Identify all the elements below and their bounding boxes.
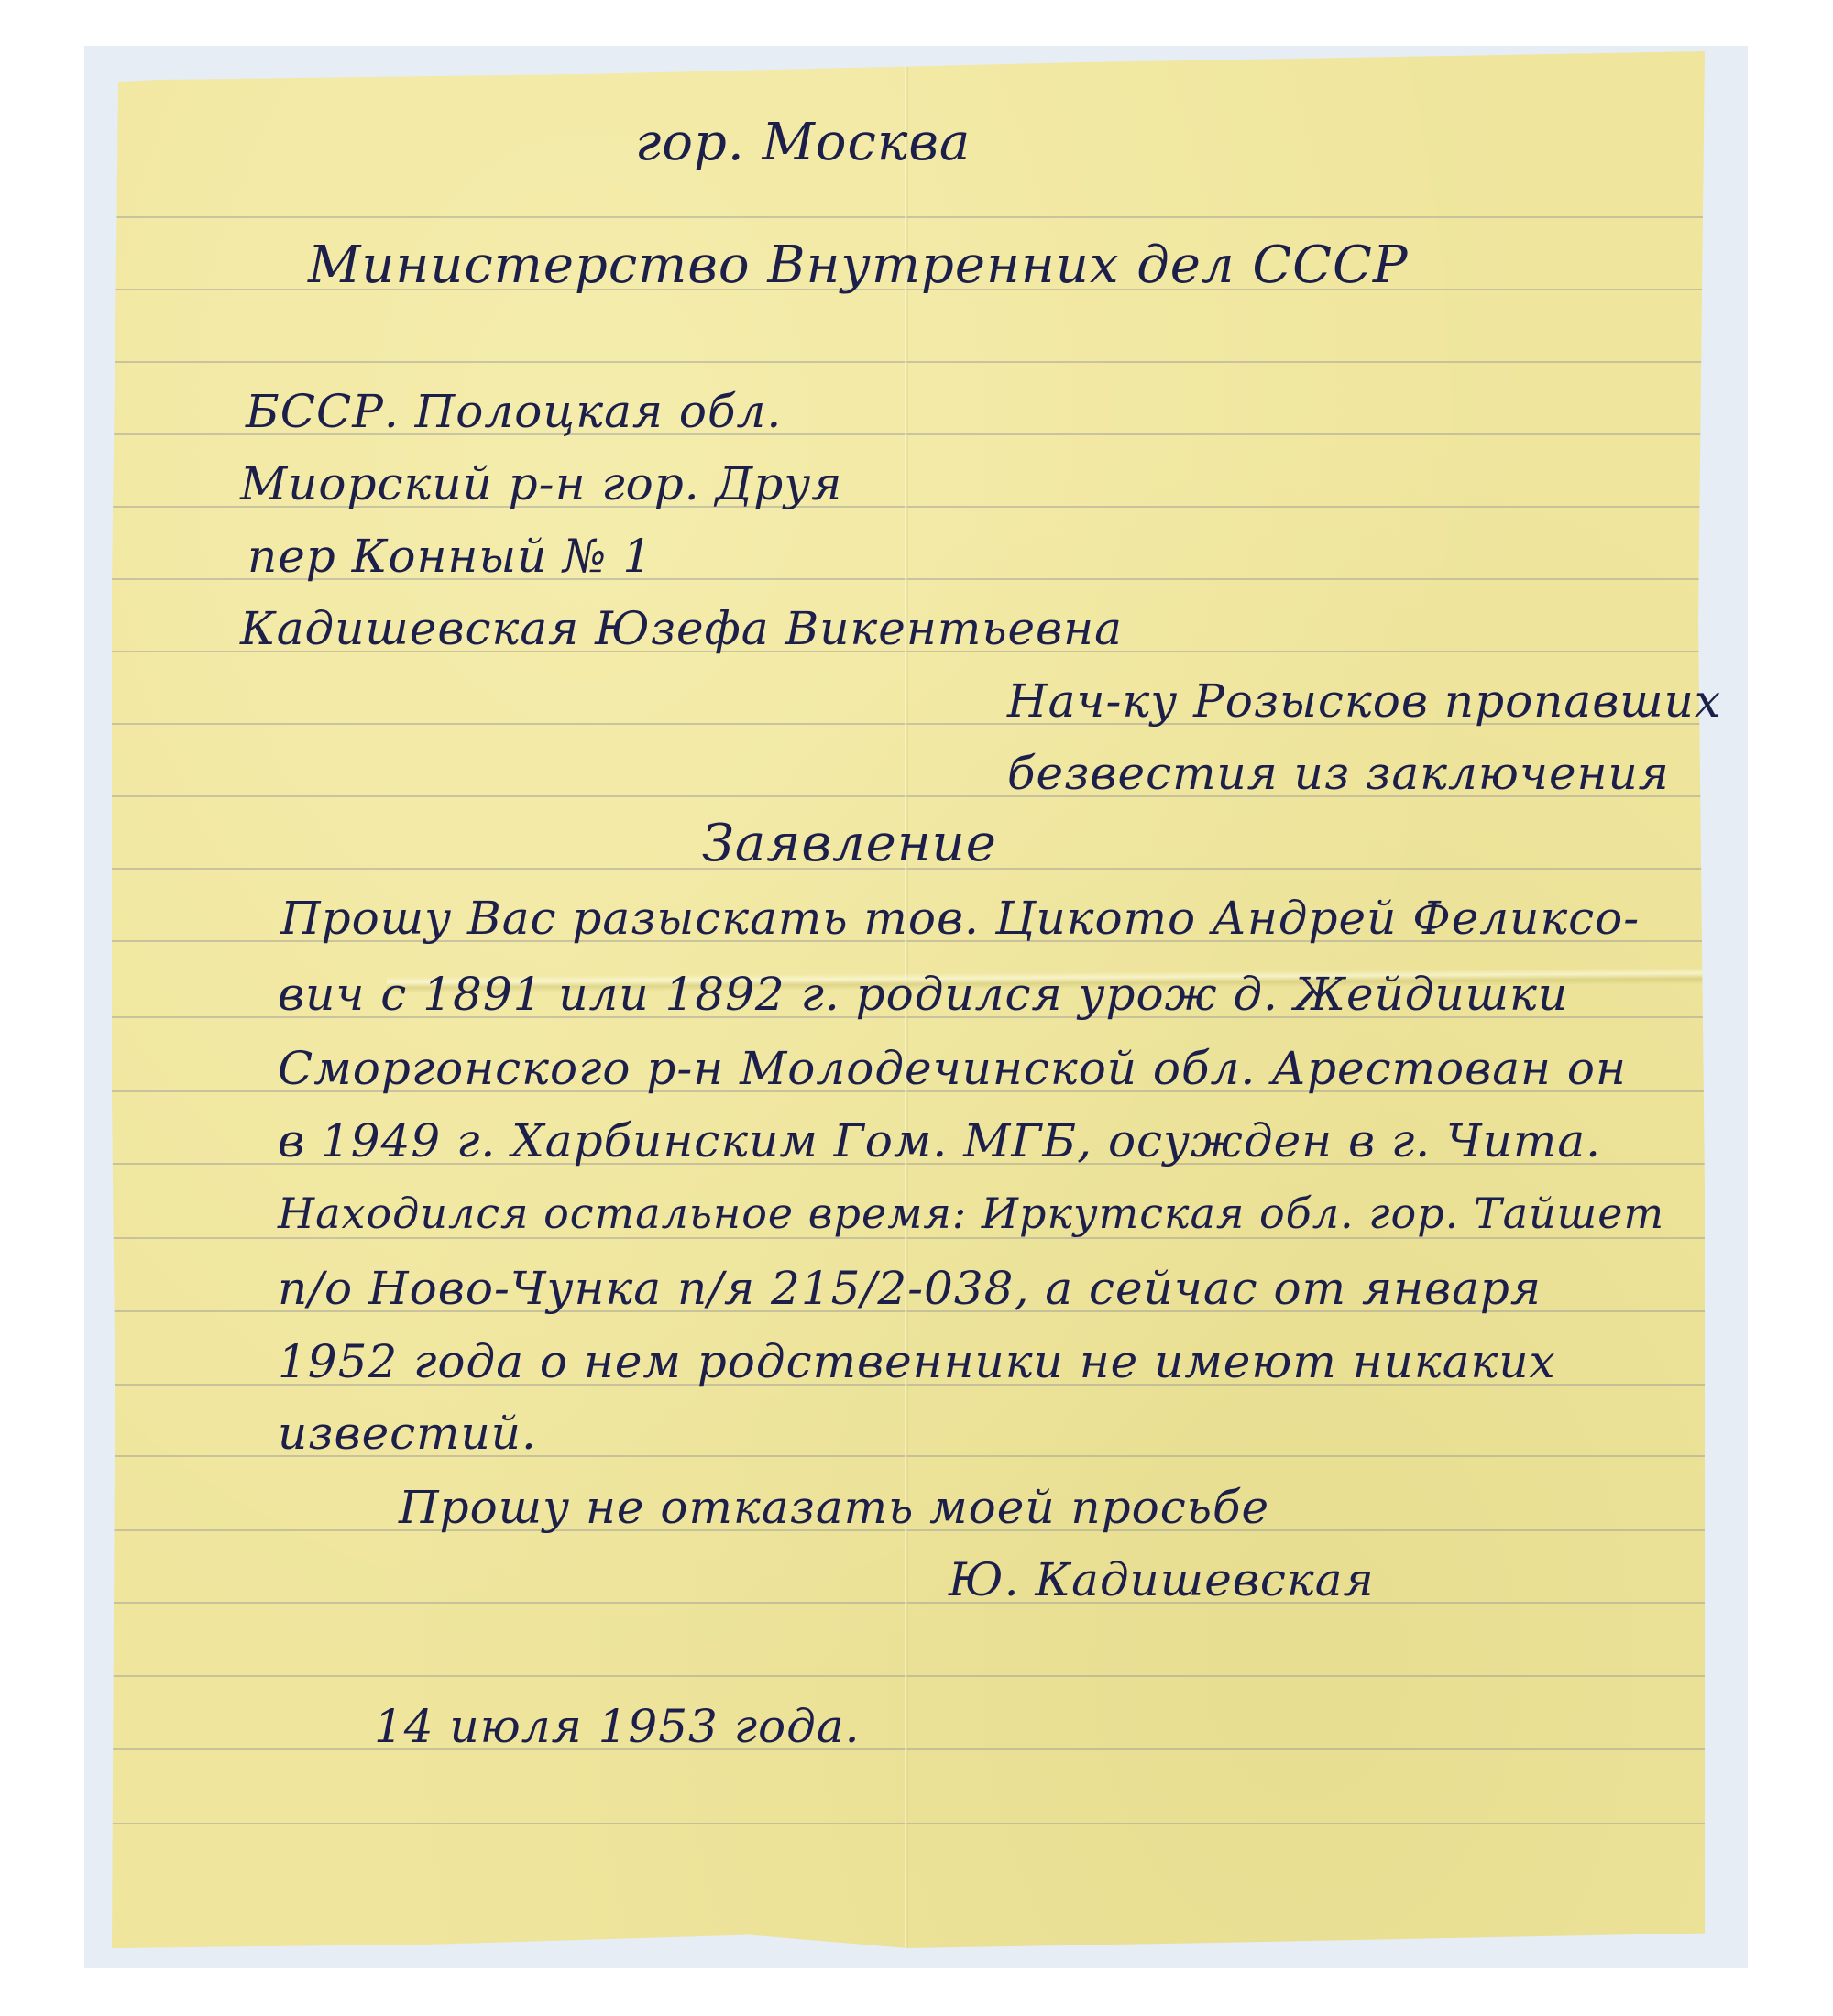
document-title: Заявление bbox=[702, 818, 997, 870]
sender-line-street: пер Конный № 1 bbox=[247, 533, 653, 579]
body-line: Находился остальное время: Иркутская обл… bbox=[278, 1192, 1664, 1234]
ruled-line bbox=[112, 1823, 1705, 1824]
body-line: известий. bbox=[278, 1410, 537, 1456]
body-line: Прошу Вас разыскать тов. Цикото Андрей Ф… bbox=[280, 895, 1640, 941]
body-line: Сморгонского р-н Молодечинской обл. Арес… bbox=[278, 1046, 1627, 1091]
header-ministry: Министерство Внутренних дел СССР bbox=[308, 240, 1409, 291]
body-line: п/о Ново-Чунка п/я 215/2-038, а сейчас о… bbox=[278, 1265, 1542, 1311]
closing-request: Прошу не отказать моей просьбе bbox=[399, 1485, 1269, 1530]
addressee-line-2: безвестия из заключения bbox=[1007, 751, 1670, 796]
body-line: вич с 1891 или 1892 г. родился урож д. Ж… bbox=[278, 971, 1568, 1017]
header-city: гор. Москва bbox=[635, 117, 971, 169]
sender-line-district: Миорский р-н гор. Друя bbox=[240, 461, 842, 507]
signature: Ю. Кадишевская bbox=[949, 1557, 1375, 1603]
addressee-line-1: Нач-ку Розысков пропавших bbox=[1007, 678, 1721, 724]
ruled-line bbox=[112, 1748, 1705, 1750]
sender-line-republic: БССР. Полоцкая обл. bbox=[246, 389, 782, 434]
sender-name: Кадишевская Юзефа Викентьевна bbox=[240, 606, 1123, 652]
ruled-line bbox=[112, 216, 1705, 218]
ruled-line bbox=[112, 1675, 1705, 1677]
letter-date: 14 июля 1953 года. bbox=[374, 1704, 860, 1749]
body-line: в 1949 г. Харбинским Гом. МГБ, осужден в… bbox=[278, 1118, 1601, 1164]
body-line: 1952 года о нем родственники не имеют ни… bbox=[278, 1339, 1556, 1385]
ruled-line bbox=[112, 1602, 1705, 1604]
ruled-line bbox=[112, 361, 1705, 363]
